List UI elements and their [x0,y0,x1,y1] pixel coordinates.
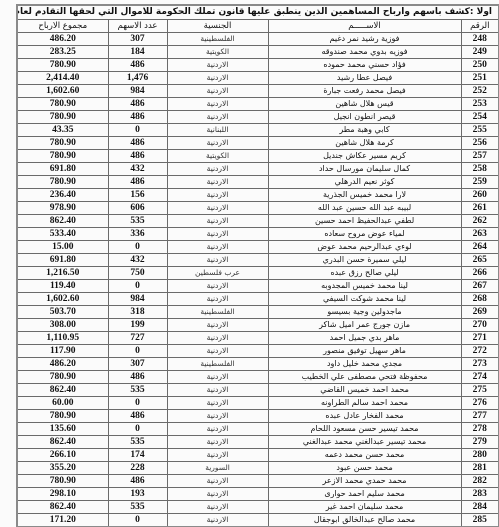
row-shares: 984 [108,85,167,98]
row-profits: 1,602.60 [17,293,108,306]
row-number: 250 [461,59,499,72]
row-profits: 862.40 [17,436,108,449]
row-name: لمياء عوض مروح سعاده [268,228,461,241]
row-nationality: الفلسطينية [167,306,268,319]
row-shares: 0 [108,397,167,410]
table-row: 253قيس هلال شاهينالاردنية486780.90 [17,98,499,111]
row-shares: 307 [108,358,167,371]
row-nationality: الاردنية [167,98,268,111]
row-number: 266 [461,267,499,280]
row-shares: 432 [108,254,167,267]
row-nationality: الاردنية [167,514,268,527]
row-shares: 486 [108,137,167,150]
table-row: 267لينا محمد خميس المجدوبهالاردنية0119.4… [17,280,499,293]
row-number: 283 [461,488,499,501]
row-number: 275 [461,384,499,397]
row-nationality: الاردنية [167,280,268,293]
table-row: 255كابي وهبة مطراللبنانية043.35 [17,124,499,137]
table-body: 248فوزية رشيد نمر دغيمالفلسطينية307486.2… [17,33,499,527]
row-name: ماجدولين وجية بسيسو [268,306,461,319]
row-name: ليلي صالح رزق عبده [268,267,461,280]
row-shares: 486 [108,150,167,163]
row-shares: 535 [108,215,167,228]
row-shares: 535 [108,436,167,449]
table-row: 268لينا محمد شوكت السيفيالاردنية9841,602… [17,293,499,306]
table-row: 261لبيبه عبد الله حسين عبد اللهالاردنية6… [17,202,499,215]
row-number: 284 [461,501,499,514]
row-number: 257 [461,150,499,163]
row-nationality: الفلسطينية [167,33,268,46]
row-profits: 503.70 [17,306,108,319]
row-shares: 535 [108,501,167,514]
row-nationality: الاردنية [167,423,268,436]
row-profits: 862.40 [17,215,108,228]
row-number: 282 [461,475,499,488]
table-row: 263لمياء عوض مروح سعادهالاردنية336533.40 [17,228,499,241]
row-number: 261 [461,202,499,215]
row-number: 251 [461,72,499,85]
row-name: محمد احمد سالم الطراونه [268,397,461,410]
row-nationality: الاردنية [167,85,268,98]
row-name: ماهر سهيل توفيق منصور [268,345,461,358]
row-profits: 691.80 [17,163,108,176]
row-name: لارا محمد خميس الجذرية [268,189,461,202]
row-nationality: الكويتية [167,150,268,163]
table-row: 282محمد حمدي محمد الازعرالاردنية486780.9… [17,475,499,488]
row-shares: 156 [108,189,167,202]
table-row: 275محمد احمد خميس القاضيالاردنية535862.4… [17,384,499,397]
row-profits: 135.60 [17,423,108,436]
row-nationality: الاردنية [167,202,268,215]
row-name: مازن جورج عمر اميل شاكر [268,319,461,332]
row-profits: 1,602.60 [17,85,108,98]
row-name: كابي وهبة مطر [268,124,461,137]
row-profits: 298.10 [17,488,108,501]
row-profits: 283.25 [17,46,108,59]
row-profits: 1,216.50 [17,267,108,280]
row-number: 252 [461,85,499,98]
row-nationality: اللبنانية [167,124,268,137]
row-profits: 780.90 [17,176,108,189]
row-number: 267 [461,280,499,293]
row-name: ماهر بدي جميل احمد [268,332,461,345]
row-nationality: الاردنية [167,111,268,124]
row-number: 260 [461,189,499,202]
row-nationality: الاردنية [167,228,268,241]
row-number: 279 [461,436,499,449]
row-number: 271 [461,332,499,345]
table-row: 273مجدي محمد خليل داودالفلسطينية307486.2… [17,358,499,371]
row-name: لبيبه عبد الله حسين عبد الله [268,202,461,215]
row-nationality: الاردنية [167,410,268,423]
row-profits: 533.40 [17,228,108,241]
row-nationality: الاردنية [167,475,268,488]
table-row: 258كمال سليمان مورسال حدادالاردنية432691… [17,163,499,176]
row-name: فوزية رشيد نمر دغيم [268,33,461,46]
table-row: 280محمد حسن محمد دعمهالاردنية174266.10 [17,449,499,462]
row-number: 274 [461,371,499,384]
row-number: 276 [461,397,499,410]
row-name: محمد تيسير حسن مسعود اللحام [268,423,461,436]
row-profits: 1,110.95 [17,332,108,345]
row-nationality: الاردنية [167,137,268,150]
table-row: 248فوزية رشيد نمر دغيمالفلسطينية307486.2… [17,33,499,46]
row-number: 278 [461,423,499,436]
row-nationality: الاردنية [167,345,268,358]
row-number: 281 [461,462,499,475]
row-number: 253 [461,98,499,111]
table-row: 252فيصل محمد رفعت جبارةالاردنية9841,602.… [17,85,499,98]
row-profits: 486.20 [17,358,108,371]
row-profits: 862.40 [17,501,108,514]
table-row: 271ماهر بدي جميل احمدالاردنية7271,110.95 [17,332,499,345]
row-nationality: الفلسطينية [167,358,268,371]
document-title: اولا :كشف باسهم وارباح المساهمين الذين ي… [17,5,499,20]
table-row: 281محمد حسن عبودالسورية228355.20 [17,462,499,475]
shareholders-table: اولا :كشف باسهم وارباح المساهمين الذين ي… [16,4,499,527]
row-name: قيس هلال شاهين [268,98,461,111]
row-nationality: الاردنية [167,449,268,462]
row-shares: 486 [108,98,167,111]
row-profits: 266.10 [17,449,108,462]
row-name: محفوظة فتحي مصطفى علي الخطيب [268,371,461,384]
row-number: 277 [461,410,499,423]
table-row: 254قيصر انطون انجيلالاردنية486780.90 [17,111,499,124]
row-nationality: الاردنية [167,397,268,410]
row-shares: 0 [108,124,167,137]
row-number: 258 [461,163,499,176]
row-name: لوءي عبدالرحيم محمد عوض [268,241,461,254]
row-name: لينا محمد خميس المجدوبه [268,280,461,293]
table-row: 264لوءي عبدالرحيم محمد عوضالاردنية015.00 [17,241,499,254]
table-row: 283محمد سليم احمد حوارىالاردنية193298.10 [17,488,499,501]
row-name: محمد سليم احمد حوارى [268,488,461,501]
row-profits: 2,414.40 [17,72,108,85]
row-shares: 0 [108,280,167,293]
row-number: 270 [461,319,499,332]
row-name: فيصل عطا رشيد [268,72,461,85]
row-profits: 691.80 [17,254,108,267]
row-profits: 355.20 [17,462,108,475]
row-number: 273 [461,358,499,371]
row-number: 256 [461,137,499,150]
column-header-profits: مجموع الارباح [17,20,108,33]
row-profits: 117.90 [17,345,108,358]
table-row: 277محمد الفخار عادل عبدهالاردنية486780.9… [17,410,499,423]
row-nationality: الاردنية [167,176,268,189]
table-row: 250فؤاد حسني محمد حمودهالاردنية486780.90 [17,59,499,72]
row-number: 285 [461,514,499,527]
row-shares: 0 [108,241,167,254]
row-profits: 236.40 [17,189,108,202]
row-nationality: الاردنية [167,319,268,332]
row-number: 254 [461,111,499,124]
table-row: 269ماجدولين وجية بسيسوالفلسطينية318503.7… [17,306,499,319]
row-nationality: الاردنية [167,332,268,345]
column-header-row: الرقم الاســـــم الجنسية عدد الاسهم مجمو… [17,20,499,33]
table-row: 257كريم مسير عكاش جنديلالكويتية486780.90 [17,150,499,163]
row-number: 280 [461,449,499,462]
row-name: كمال سليمان مورسال حداد [268,163,461,176]
row-name: قيصر انطون انجيل [268,111,461,124]
row-number: 259 [461,176,499,189]
row-shares: 199 [108,319,167,332]
row-number: 268 [461,293,499,306]
table-row: 249فوزيه بدوي محمد صندوقهالكويتية184283.… [17,46,499,59]
row-shares: 486 [108,475,167,488]
row-shares: 318 [108,306,167,319]
row-profits: 486.20 [17,33,108,46]
row-name: محمد تيسير عبدالغني محمد عبدالغني [268,436,461,449]
row-shares: 1,476 [108,72,167,85]
row-shares: 0 [108,514,167,527]
row-nationality: الاردنية [167,59,268,72]
row-shares: 486 [108,176,167,189]
row-shares: 984 [108,293,167,306]
table-row: 278محمد تيسير حسن مسعود اللحامالاردنية01… [17,423,499,436]
shareholders-document: اولا :كشف باسهم وارباح المساهمين الذين ي… [16,4,498,527]
row-profits: 780.90 [17,98,108,111]
row-shares: 174 [108,449,167,462]
row-shares: 486 [108,59,167,72]
row-nationality: الاردنية [167,241,268,254]
row-shares: 486 [108,111,167,124]
row-profits: 780.90 [17,111,108,124]
column-header-shares: عدد الاسهم [108,20,167,33]
row-nationality: السورية [167,462,268,475]
row-shares: 307 [108,33,167,46]
row-nationality: الاردنية [167,215,268,228]
title-row: اولا :كشف باسهم وارباح المساهمين الذين ي… [17,5,499,20]
row-number: 272 [461,345,499,358]
row-shares: 486 [108,371,167,384]
row-profits: 119.40 [17,280,108,293]
row-number: 265 [461,254,499,267]
row-shares: 193 [108,488,167,501]
row-shares: 0 [108,423,167,436]
row-shares: 486 [108,410,167,423]
row-nationality: الاردنية [167,488,268,501]
row-name: كرمة هلال شاهين [268,137,461,150]
row-nationality: الاردنية [167,371,268,384]
column-header-nationality: الجنسية [167,20,268,33]
row-name: محمد الفخار عادل عبده [268,410,461,423]
table-row: 259كوثر نعيم الدرهليالاردنية486780.90 [17,176,499,189]
row-name: لطفي عبدالحفيظ احمد حسين [268,215,461,228]
row-nationality: الاردنية [167,384,268,397]
row-nationality: الاردنية [167,72,268,85]
row-profits: 780.90 [17,371,108,384]
row-name: ليلي سميرة حسن البدري [268,254,461,267]
row-name: محمد حمدي محمد الازعر [268,475,461,488]
table-row: 272ماهر سهيل توفيق منصورالاردنية0117.90 [17,345,499,358]
row-profits: 780.90 [17,475,108,488]
row-nationality: الاردنية [167,293,268,306]
row-name: محمد حسن محمد دعمه [268,449,461,462]
row-shares: 228 [108,462,167,475]
row-profits: 780.90 [17,59,108,72]
row-nationality: عرب فلسطين [167,267,268,280]
table-row: 262لطفي عبدالحفيظ احمد حسينالاردنية53586… [17,215,499,228]
row-number: 262 [461,215,499,228]
row-number: 248 [461,33,499,46]
table-row: 260لارا محمد خميس الجذريةالاردنية156236.… [17,189,499,202]
table-row: 251فيصل عطا رشيدالاردنية1,4762,414.40 [17,72,499,85]
row-name: فؤاد حسني محمد حموده [268,59,461,72]
row-shares: 184 [108,46,167,59]
column-header-number: الرقم [461,20,499,33]
row-profits: 60.00 [17,397,108,410]
row-nationality: الكويتية [167,46,268,59]
row-name: فوزيه بدوي محمد صندوقه [268,46,461,59]
row-name: محمد حسن عبود [268,462,461,475]
row-profits: 780.90 [17,137,108,150]
table-row: 256كرمة هلال شاهينالاردنية486780.90 [17,137,499,150]
row-shares: 432 [108,163,167,176]
row-shares: 535 [108,384,167,397]
row-shares: 750 [108,267,167,280]
table-row: 284محمد سليمان احمد غيرالاردنية535862.40 [17,501,499,514]
table-row: 265ليلي سميرة حسن البدريالاردنية432691.8… [17,254,499,267]
table-row: 276محمد احمد سالم الطراونهالاردنية060.00 [17,397,499,410]
row-name: مجدي محمد خليل داود [268,358,461,371]
row-name: محمد سليمان احمد غير [268,501,461,514]
row-nationality: الاردنية [167,501,268,514]
row-name: لينا محمد شوكت السيفي [268,293,461,306]
row-name: محمد احمد خميس القاضي [268,384,461,397]
row-profits: 780.90 [17,150,108,163]
row-number: 249 [461,46,499,59]
row-number: 263 [461,228,499,241]
row-profits: 862.40 [17,384,108,397]
table-row: 270مازن جورج عمر اميل شاكرالاردنية199308… [17,319,499,332]
column-header-name: الاســـــم [268,20,461,33]
table-row: 285محمد صالح عبدالخالق ابوجقالالاردنية01… [17,514,499,527]
row-profits: 308.00 [17,319,108,332]
row-name: محمد صالح عبدالخالق ابوجقال [268,514,461,527]
row-number: 264 [461,241,499,254]
row-nationality: الاردنية [167,254,268,267]
row-profits: 780.90 [17,410,108,423]
row-shares: 606 [108,202,167,215]
row-name: كريم مسير عكاش جنديل [268,150,461,163]
row-name: كوثر نعيم الدرهلي [268,176,461,189]
row-profits: 171.20 [17,514,108,527]
row-shares: 727 [108,332,167,345]
table-row: 266ليلي صالح رزق عبدهعرب فلسطين7501,216.… [17,267,499,280]
row-number: 269 [461,306,499,319]
row-profits: 15.00 [17,241,108,254]
table-row: 279محمد تيسير عبدالغني محمد عبدالغنيالار… [17,436,499,449]
row-nationality: الاردنية [167,436,268,449]
row-shares: 336 [108,228,167,241]
row-shares: 0 [108,345,167,358]
table-row: 274محفوظة فتحي مصطفى علي الخطيبالاردنية4… [17,371,499,384]
row-nationality: الاردنية [167,189,268,202]
row-number: 255 [461,124,499,137]
row-name: فيصل محمد رفعت جبارة [268,85,461,98]
row-profits: 978.90 [17,202,108,215]
row-nationality: الاردنية [167,163,268,176]
row-profits: 43.35 [17,124,108,137]
